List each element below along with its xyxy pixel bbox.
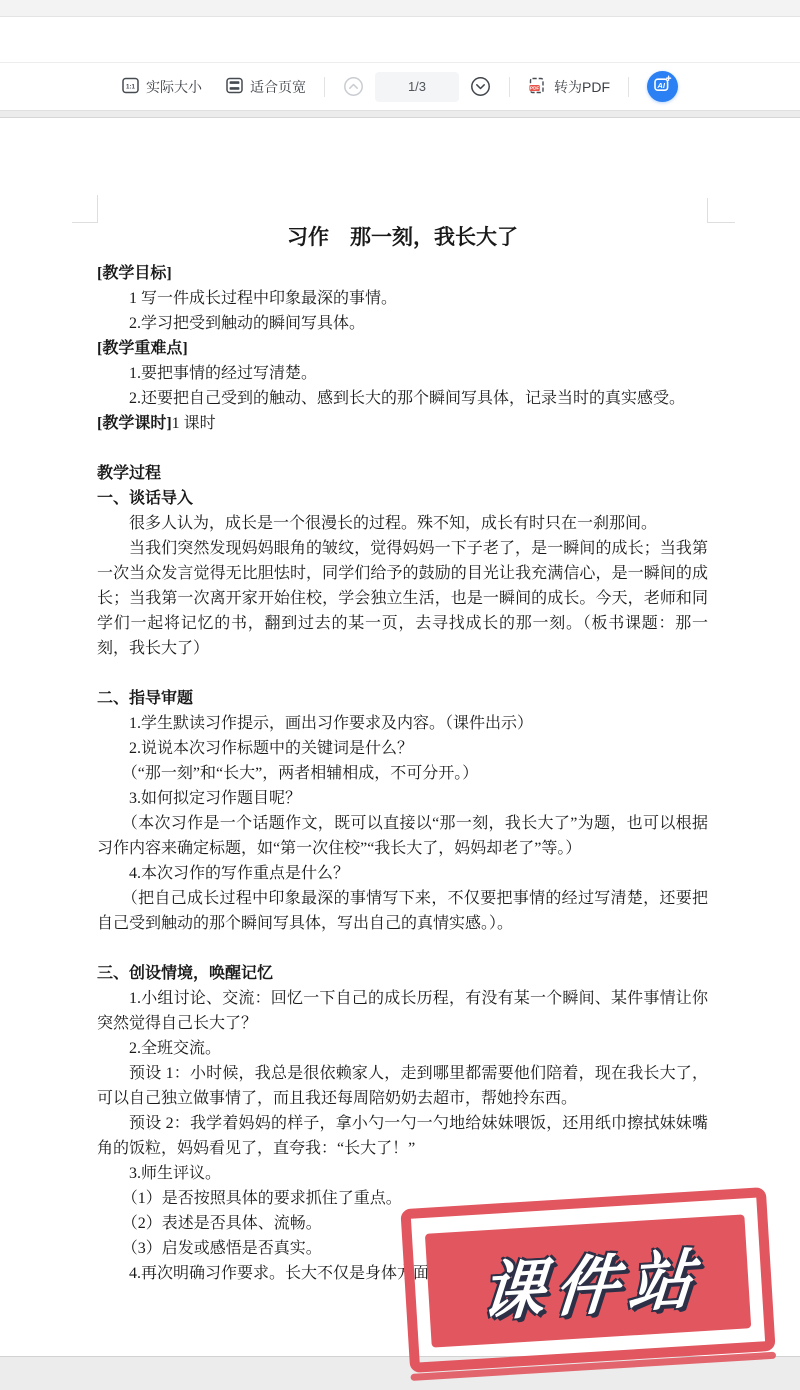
actual-size-label: 实际大小 (146, 77, 202, 97)
doc-paragraph: （“那一刻”和“长大”，两者相辅相成，不可分开。） (97, 761, 708, 786)
doc-paragraph: （把自己成长过程中印象最深的事情写下来，不仅要把事情的经过写清楚，还要把自己受到… (97, 886, 708, 936)
fit-width-label: 适合页宽 (250, 77, 306, 97)
convert-to-pdf-button[interactable]: PDF 转为PDF (528, 76, 610, 98)
doc-paragraph: （3）启发或感悟是否真实。 (97, 1236, 708, 1261)
doc-paragraph: 1.要把事情的经过写清楚。 (97, 361, 708, 386)
document-page: 习作 那一刻，我长大了[教学目标]1 写一件成长过程中印象最深的事情。2.学习把… (0, 118, 800, 1356)
doc-paragraph: 1.小组讨论、交流：回忆一下自己的成长历程，有没有某一个瞬间、某件事情让你突然觉… (97, 986, 708, 1036)
toolbar-separator (509, 77, 510, 97)
page-navigator: 1/3 (343, 72, 491, 102)
doc-paragraph: 一、谈话导入 (97, 486, 708, 511)
doc-paragraph: [教学课时]1 课时 (97, 411, 708, 436)
fit-width-button[interactable]: 适合页宽 (226, 77, 306, 97)
toolbar-separator (628, 77, 629, 97)
doc-title: 习作 那一刻，我长大了 (97, 222, 708, 252)
convert-to-pdf-label: 转为PDF (554, 77, 610, 97)
doc-paragraph: 3.师生评议。 (97, 1161, 708, 1186)
doc-paragraph: （本次习作是一个话题作文，既可以直接以“那一刻，我长大了”为题，也可以根据习作内… (97, 811, 708, 861)
doc-paragraph: （1）是否按照具体的要求抓住了重点。 (97, 1186, 708, 1211)
doc-paragraph: 2.学习把受到触动的瞬间写具体。 (97, 311, 708, 336)
doc-paragraph: 4.再次明确习作要求。长大不仅是身体方面的成长，最重要的是心理方面的 (97, 1261, 708, 1286)
doc-paragraph: （2）表述是否具体、流畅。 (97, 1211, 708, 1236)
svg-text:PDF: PDF (530, 85, 539, 90)
svg-text:1:1: 1:1 (126, 83, 136, 90)
doc-paragraph: [教学目标] (97, 261, 708, 286)
ai-assistant-button[interactable]: AI (647, 71, 678, 102)
doc-paragraph: 教学过程 (97, 461, 708, 486)
doc-paragraph: 当我们突然发现妈妈眼角的皱纹，觉得妈妈一下子老了，是一瞬间的成长；当我第一次当众… (97, 536, 708, 661)
doc-paragraph: 预设 2：我学着妈妈的样子，拿小勺一勺一勺地给妹妹喂饭，还用纸巾擦拭妹妹嘴角的饭… (97, 1111, 708, 1161)
doc-paragraph: 三、创设情境，唤醒记忆 (97, 961, 708, 986)
actual-size-icon: 1:1 (122, 77, 139, 97)
doc-paragraph: 预设 1：小时候，我总是很依赖家人，走到哪里都需要他们陪着，现在我长大了，可以自… (97, 1061, 708, 1111)
doc-paragraph: [教学重难点] (97, 336, 708, 361)
viewer-background-gap (0, 110, 800, 118)
fit-width-icon (226, 77, 243, 97)
browser-header-strip (0, 0, 800, 17)
doc-paragraph (97, 436, 708, 461)
doc-paragraph: 2.全班交流。 (97, 1036, 708, 1061)
margin-corner-right (707, 198, 735, 223)
doc-paragraph: 4.本次习作的写作重点是什么？ (97, 861, 708, 886)
doc-paragraph: 2.说说本次习作标题中的关键词是什么？ (97, 736, 708, 761)
doc-body: 习作 那一刻，我长大了[教学目标]1 写一件成长过程中印象最深的事情。2.学习把… (97, 222, 708, 1286)
actual-size-button[interactable]: 1:1 实际大小 (122, 77, 202, 97)
doc-paragraph: 二、指导审题 (97, 686, 708, 711)
ai-sparkle-icon: AI (653, 75, 672, 99)
viewer-background-bottom (0, 1356, 800, 1390)
page-indicator-input[interactable]: 1/3 (375, 72, 459, 102)
margin-corner-left (72, 195, 98, 223)
previous-page-button[interactable] (343, 76, 364, 97)
doc-paragraph: 很多人认为，成长是一个很漫长的过程。殊不知，成长有时只在一刹那间。 (97, 511, 708, 536)
next-page-button[interactable] (470, 76, 491, 97)
doc-paragraph (97, 661, 708, 686)
doc-paragraph: 2.还要把自己受到的触动、感到长大的那个瞬间写具体，记录当时的真实感受。 (97, 386, 708, 411)
svg-text:AI: AI (656, 80, 665, 89)
doc-paragraph: 1.学生默读习作提示，画出习作要求及内容。（课件出示） (97, 711, 708, 736)
pdf-file-icon: PDF (528, 76, 547, 98)
doc-paragraph: 3.如何拟定习作题目呢？ (97, 786, 708, 811)
viewer-toolbar: 1:1 实际大小 适合页宽 1/3 (0, 62, 800, 110)
doc-paragraph (97, 936, 708, 961)
doc-paragraph: 1 写一件成长过程中印象最深的事情。 (97, 286, 708, 311)
toolbar-separator (324, 77, 325, 97)
